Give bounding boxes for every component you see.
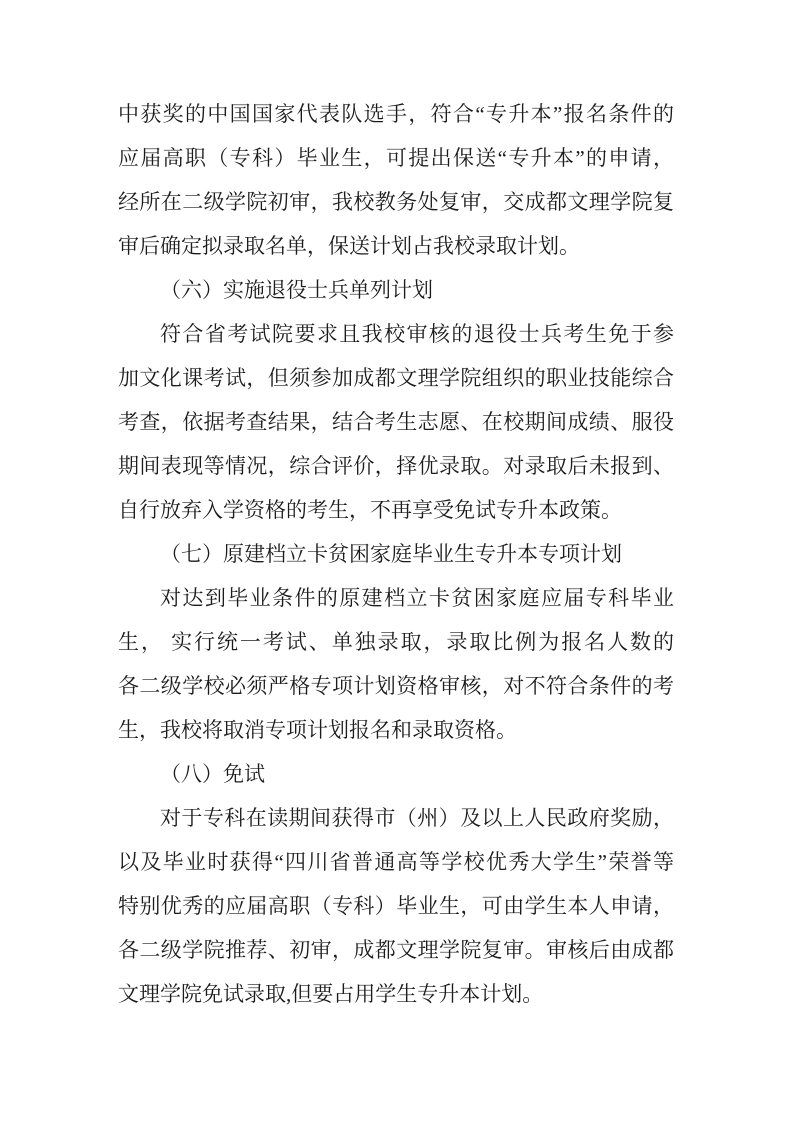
text-line: 中获奖的中国国家代表队选手，符合“专升本”报名条件的 bbox=[118, 92, 674, 136]
text-line: 以及毕业时获得“四川省普通高等学校优秀大学生”荣誉等 bbox=[118, 840, 674, 884]
section-heading-8: （八）免试 bbox=[118, 752, 674, 796]
heading-line: （八）免试 bbox=[118, 752, 674, 796]
text-line: 对达到毕业条件的原建档立卡贫困家庭应届专科毕业 bbox=[118, 576, 674, 620]
text-line: 各二级学校必须严格专项计划资格审核，对不符合条件的考 bbox=[118, 664, 674, 708]
text-line: 对于专科在读期间获得市（州）及以上人民政府奖励， bbox=[118, 796, 674, 840]
text-line: 期间表现等情况，综合评价，择优录取。对录取后未报到、 bbox=[118, 444, 674, 488]
text-line: 审后确定拟录取名单，保送计划占我校录取计划。 bbox=[118, 224, 674, 268]
text-line: 经所在二级学院初审，我校教务处复审，交成都文理学院复 bbox=[118, 180, 674, 224]
text-line: 各二级学院推荐、初审，成都文理学院复审。审核后由成都 bbox=[118, 928, 674, 972]
text-line: 考查，依据考查结果，结合考生志愿、在校期间成绩、服役 bbox=[118, 400, 674, 444]
section-heading-7: （七）原建档立卡贫困家庭毕业生专升本专项计划 bbox=[118, 532, 674, 576]
heading-line: （六）实施退役士兵单列计划 bbox=[118, 268, 674, 312]
text-line: 加文化课考试，但须参加成都文理学院组织的职业技能综合 bbox=[118, 356, 674, 400]
text-line: 自行放弃入学资格的考生，不再享受免试专升本政策。 bbox=[118, 488, 674, 532]
body-paragraph-6: 符合省考试院要求且我校审核的退役士兵考生免于参 加文化课考试，但须参加成都文理学… bbox=[118, 312, 674, 532]
heading-line: （七）原建档立卡贫困家庭毕业生专升本专项计划 bbox=[118, 532, 674, 576]
text-line: 文理学院免试录取,但要占用学生专升本计划。 bbox=[118, 972, 674, 1016]
document-page: 中获奖的中国国家代表队选手，符合“专升本”报名条件的 应届高职（专科）毕业生，可… bbox=[0, 0, 793, 1122]
text-line: 特别优秀的应届高职（专科）毕业生，可由学生本人申请， bbox=[118, 884, 674, 928]
body-paragraph-8: 对于专科在读期间获得市（州）及以上人民政府奖励， 以及毕业时获得“四川省普通高等… bbox=[118, 796, 674, 1016]
body-paragraph-7: 对达到毕业条件的原建档立卡贫困家庭应届专科毕业 生， 实行统一考试、单独录取，录… bbox=[118, 576, 674, 752]
text-line: 符合省考试院要求且我校审核的退役士兵考生免于参 bbox=[118, 312, 674, 356]
paragraph-continuation: 中获奖的中国国家代表队选手，符合“专升本”报名条件的 应届高职（专科）毕业生，可… bbox=[118, 92, 674, 268]
document-body: 中获奖的中国国家代表队选手，符合“专升本”报名条件的 应届高职（专科）毕业生，可… bbox=[118, 92, 674, 1016]
section-heading-6: （六）实施退役士兵单列计划 bbox=[118, 268, 674, 312]
text-line: 生， 实行统一考试、单独录取，录取比例为报名人数的 20%。 bbox=[118, 620, 674, 664]
text-line: 应届高职（专科）毕业生，可提出保送“专升本”的申请， bbox=[118, 136, 674, 180]
text-line: 生，我校将取消专项计划报名和录取资格。 bbox=[118, 708, 674, 752]
